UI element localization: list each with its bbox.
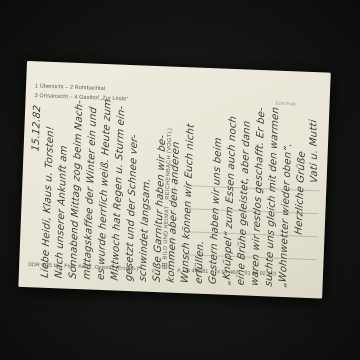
message-signature: Vati u. Mutti bbox=[307, 91, 324, 290]
photo-backdrop: 1 Übersicht – 2 Rohrbachtal3 Ortsansicht… bbox=[0, 0, 360, 360]
handwritten-message: 15.12.82 Liebe Heidi, Klaus u. Torsten! … bbox=[25, 81, 328, 288]
postcard-back: 1 Übersicht – 2 Rohrbachtal3 Ortsansicht… bbox=[18, 61, 330, 299]
